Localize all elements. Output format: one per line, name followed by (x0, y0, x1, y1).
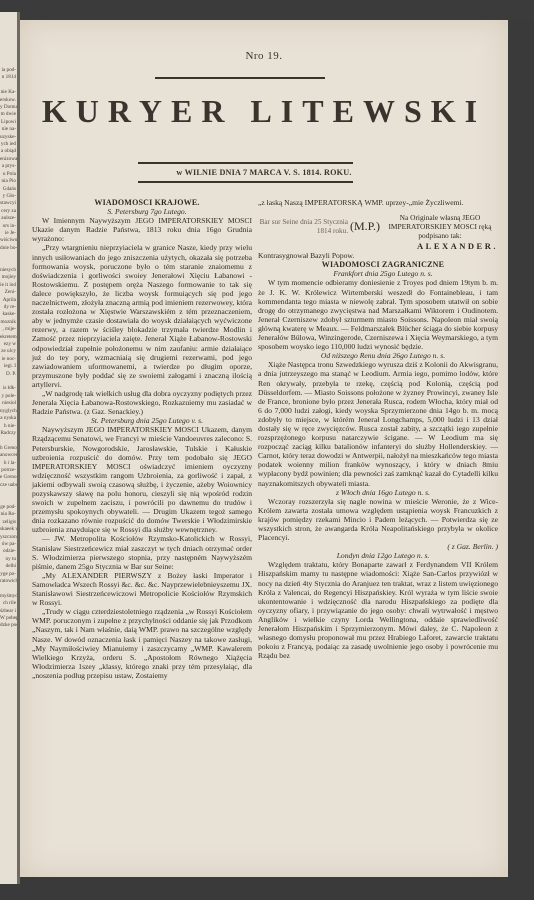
article-dateline: Londyn dnia 12go Lutego n. s. (258, 551, 498, 560)
left-page-text-fragment: ekretem (0, 334, 17, 341)
left-page-text-fragment: skaeek w (0, 526, 17, 533)
left-page-text-fragment: nie na- (0, 126, 17, 133)
left-page-text-fragment: ia pod- (0, 67, 17, 74)
left-page-text-fragment: aulsze- (0, 215, 17, 222)
left-page-text-fragment: a prys- (0, 163, 17, 170)
left-page-text-fragment: h Greno (0, 445, 17, 452)
left-page-text-fragment (0, 252, 17, 259)
left-page-text-fragment: nia Pio (0, 178, 17, 185)
left-page-text-fragment: ych ied (0, 141, 17, 148)
left-page-text-fragment: dzke pod (0, 622, 17, 629)
article-dateline: St. Petersburg dnia 25go Lutego v. s. (32, 416, 252, 425)
section-title-foreign: WIADOMOSCI ZAGRANICZNE (258, 260, 498, 269)
left-page-text-fragment: iegi. I (0, 363, 17, 370)
section-title-domestic: WIADOMOSCI KRAJOWE. (32, 198, 252, 207)
left-page-text-fragment: W pobep (0, 615, 17, 622)
issue-number: Nro 19. (20, 50, 508, 62)
article-paragraph: „Trudy w ciągu czterdziestoletniego rząd… (32, 607, 252, 680)
left-page-text-fragment: Lipowi (0, 119, 17, 126)
article-dateline: Frankfort dnia 25go Lutego n. s. (258, 269, 498, 278)
article-paragraph: „W nadgrodę tak wielkich usług dla dobra… (32, 389, 252, 416)
left-page-text-fragment: ors in- (0, 223, 17, 230)
left-page-text-fragment: ie it iod (0, 282, 17, 289)
article-paragraph: Naywyższym JEGO IMPERATORSKIEY MOSCI Uka… (32, 425, 252, 534)
left-page-text-fragment: erskow. (0, 97, 17, 104)
article-source: ( z Gaz. Berlin. ) (258, 542, 498, 551)
left-page-text-fragment: is łdk- (0, 385, 17, 392)
left-page-text-fragment (0, 378, 17, 385)
left-page-text-fragment (0, 489, 17, 496)
left-page-text-fragment: dy re- (0, 304, 17, 311)
seal-mark: (M.P.) (348, 222, 382, 231)
left-page-text-fragment: ze ulcy (0, 348, 17, 355)
dateline-rule-bottom (138, 181, 353, 183)
left-page-text-fragment: anowcem (0, 452, 17, 459)
left-page-text-fragment: enizowa (0, 156, 17, 163)
left-page-text-fragment: h i la- (0, 460, 17, 467)
article-paragraph: „Przy wtargnieniu nieprzyiaciela w grani… (32, 243, 252, 389)
left-page-text-fragment (0, 260, 17, 267)
left-page-text-fragment: h nie- (0, 423, 17, 430)
left-page-text-fragment: stawcyi (0, 200, 17, 207)
left-page-text-fragment: odzie- (0, 548, 17, 555)
left-page-text-fragment: y Gło- (0, 193, 17, 200)
left-column: WIADOMOSCI KRAJOWE. S. Petersburg 7go Lu… (32, 198, 252, 680)
left-page-text-fragment: y Domu (0, 104, 17, 111)
left-page-text-fragment: yszczony (0, 534, 17, 541)
left-page-text-fragment: n 1814 (0, 74, 17, 81)
article-paragraph: W tym momencie odbieramy doniesienie z T… (258, 278, 498, 351)
left-page-text-fragment: cery za (0, 208, 17, 215)
article-paragraph: Wczoray rozszerzyła się nagle nowina w m… (258, 497, 498, 542)
article-dateline: Od niższego Renu dnia 26go Lutego n. s. (258, 351, 498, 360)
left-page-text-fragment: nia Ro- (0, 511, 17, 518)
left-page-text-fragment: ny tu (0, 556, 17, 563)
left-page-text-fragment: Aprila (0, 297, 17, 304)
left-page-text-fragment: e Greno (0, 474, 17, 481)
masthead-title: KURYER LITEWSKI (20, 91, 508, 131)
left-page-text-fragment: m dwie (0, 111, 17, 118)
previous-page-edge: ia pod-n 1814 nie Ka-erskow.y Domum dwie… (0, 12, 18, 884)
issue-dateline: w WILNIE DNIA 7 MARCA V. S. 1814. ROKU. (20, 168, 508, 177)
left-page-text-fragment: Radczy (0, 430, 17, 437)
article-paragraph: Xiąże Następca tronu Szwedzkiego wyrusza… (258, 360, 498, 487)
left-page-text-fragment: ie Je- (0, 230, 17, 237)
left-page-text-fragment (0, 585, 17, 592)
left-page-text-fragment: Zeni- (0, 289, 17, 296)
signature-block: Bar sur Seine dnia 25 Stycznia 1814 roku… (258, 213, 498, 240)
signature-name: ALEXANDER. (258, 242, 498, 251)
left-page-text-fragment: niesych (0, 267, 17, 274)
header-rule-top (155, 77, 325, 79)
left-page-text-fragment: ge pod- (0, 504, 17, 511)
article-paragraph: „My ALEXANDER PIERWSZY z Bożey łaski Imp… (32, 571, 252, 607)
left-page-text-fragment: kaske- (0, 311, 17, 318)
left-page-text-fragment: u Pola (0, 171, 17, 178)
left-page-text-fragment: D. P. (0, 371, 17, 378)
dateline-rule-top (138, 162, 353, 164)
left-page-text-fragment: ratowich (0, 578, 17, 585)
left-page-text-fragment: śzbear i (0, 608, 17, 615)
article-dateline: S. Petersburg 7go Lutego. (32, 207, 252, 216)
article-paragraph: Względem traktatu, który Bonaparte zawar… (258, 560, 498, 660)
left-page-text-fragment: myśmyd (0, 593, 17, 600)
right-column: „z łaską Naszą IMPERATORSKĄ WMP. uprzey-… (258, 198, 498, 660)
left-page-text-fragment (0, 497, 17, 504)
left-page-text-fragment: , mije- (0, 326, 17, 333)
left-page-text-fragment: a obiąd (0, 148, 17, 155)
left-page-text-fragment: zeligis (0, 519, 17, 526)
viewer-top-bar (0, 0, 534, 20)
left-page-text-fragment: cze uabo- (0, 482, 17, 489)
left-page-text-fragment: ch rile (0, 600, 17, 607)
left-page-text-fragment: dnie bo- (0, 245, 17, 252)
left-page-text-fragment: ie noc- (0, 356, 17, 363)
left-page-text-fragment: yge po- (0, 571, 17, 578)
left-page-text-fragment: nie Ka- (0, 89, 17, 96)
left-page-text-fragment: ów pa- (0, 541, 17, 548)
countersignature: Kontrasygnował Bazyli Popow. (258, 251, 498, 260)
article-paragraph: — JW. Metropolita Kościołów Rzymsko-Kato… (32, 534, 252, 570)
left-page-text-fragment: ezy w (0, 341, 17, 348)
left-page-text-fragment: mojiey (0, 274, 17, 281)
newspaper-page: Nro 19. KURYER LITEWSKI w WILNIE DNIA 7 … (20, 20, 508, 877)
left-page-text-fragment: niesiol (0, 400, 17, 407)
article-paragraph: „z łaską Naszą IMPERATORSKĄ WMP. uprzey-… (258, 198, 498, 207)
signature-place-date: Bar sur Seine dnia 25 Stycznia 1814 roku… (258, 218, 348, 236)
left-page-text-fragment: y pole- (0, 393, 17, 400)
left-page-text-fragment: nyglych (0, 408, 17, 415)
left-page-text-fragment: delhi (0, 563, 17, 570)
left-page-text-fragment: a nyska (0, 415, 17, 422)
left-page-text-fragment (0, 437, 17, 444)
left-page-text-fragment: moznik (0, 319, 17, 326)
article-dateline: z Włoch dnia 16go Lutego n. s. (258, 488, 498, 497)
left-page-text-fragment: Gdańs (0, 186, 17, 193)
signature-original-note: Na Originale własną JEGO IMPERATORSKIEY … (382, 213, 498, 240)
article-paragraph: W Imiennym Naywyższym JEGO IMPERATORSKIE… (32, 216, 252, 243)
left-page-text-fragment: wiściwość (0, 237, 17, 244)
left-page-text-fragment: potrze- (0, 467, 17, 474)
left-page-text-fragment (0, 82, 17, 89)
left-page-text-fragment: uzyske- (0, 134, 17, 141)
